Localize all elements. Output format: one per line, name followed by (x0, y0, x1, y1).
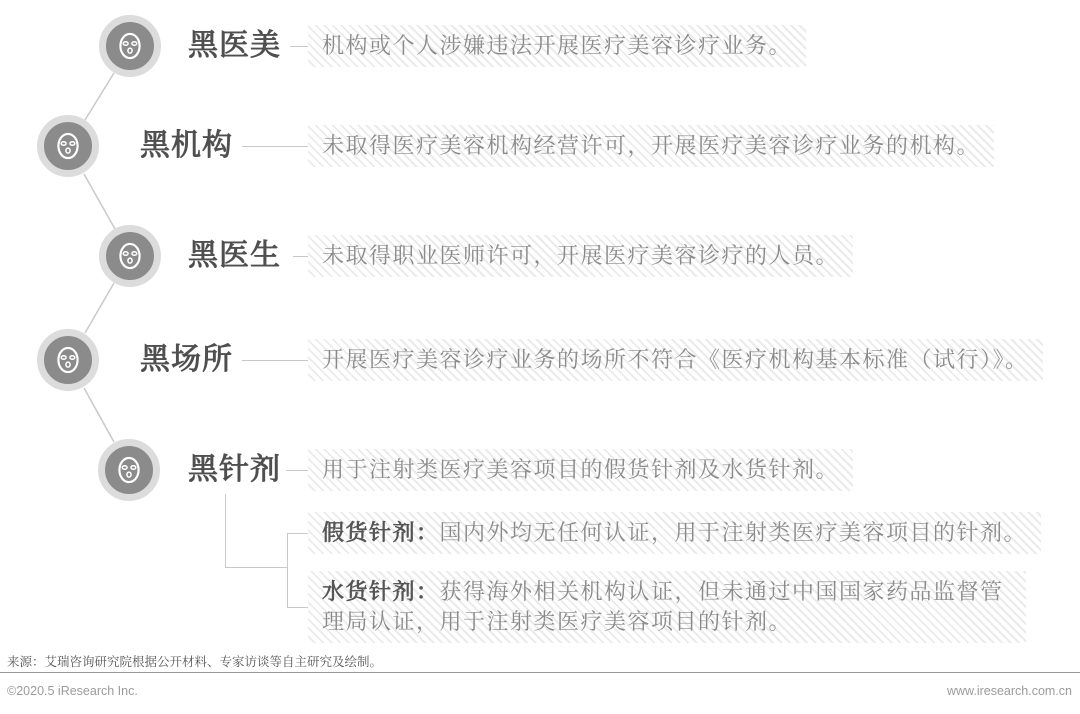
item-1-badge (99, 15, 161, 77)
subitem-1-label: 假货针剂： (322, 520, 440, 545)
footer-divider (0, 672, 1080, 673)
item-4-desc: 开展医疗美容诊疗业务的场所不符合《医疗机构基本标准（试行）》。 (308, 339, 1043, 381)
subitem-2-stub (288, 607, 308, 608)
subitem-2: 水货针剂：获得海外相关机构认证，但未通过中国国家药品监督管理局认证，用于注射类医… (308, 571, 1026, 643)
subitem-1: 假货针剂：国内外均无任何认证，用于注射类医疗美容项目的针剂。 (308, 512, 1041, 554)
item-2-title: 黑机构 (140, 129, 233, 163)
infographic-canvas: 黑医美 机构或个人涉嫌违法开展医疗美容诊疗业务。 黑机构 未取得医疗美容机构经营… (0, 0, 1080, 714)
item-3-title: 黑医生 (188, 239, 281, 273)
item-2-connector (242, 146, 308, 147)
face-mask-icon (48, 340, 88, 380)
item-1-desc: 机构或个人涉嫌违法开展医疗美容诊疗业务。 (308, 25, 806, 67)
item-4-connector (242, 360, 308, 361)
item-3-connector (293, 256, 308, 257)
item-5-badge (98, 439, 160, 501)
copyright-text: ©2020.5 iResearch Inc. (7, 684, 138, 698)
item-2-badge (37, 115, 99, 177)
item-2-desc: 未取得医疗美容机构经营许可，开展医疗美容诊疗业务的机构。 (308, 125, 994, 167)
item-3-badge (99, 225, 161, 287)
item-1-title: 黑医美 (188, 29, 281, 63)
item-5-title: 黑针剂 (188, 453, 281, 487)
item-4-badge (37, 329, 99, 391)
face-mask-icon (109, 450, 149, 490)
subitem-bracket-spine (287, 533, 288, 608)
subitem-bracket-vline (225, 494, 226, 568)
subitem-1-desc: 国内外均无任何认证，用于注射类医疗美容项目的针剂。 (440, 520, 1028, 545)
subitem-bracket-hline (225, 567, 288, 568)
item-1-connector (290, 46, 308, 47)
item-3-desc: 未取得职业医师许可，开展医疗美容诊疗的人员。 (308, 235, 853, 277)
source-note: 来源：艾瑞咨询研究院根据公开材料、专家访谈等自主研究及绘制。 (7, 652, 382, 670)
item-5-connector (286, 470, 308, 471)
item-5-desc: 用于注射类医疗美容项目的假货针剂及水货针剂。 (308, 449, 853, 491)
face-mask-icon (110, 26, 150, 66)
face-mask-icon (110, 236, 150, 276)
subitem-2-label: 水货针剂： (322, 579, 440, 604)
subitem-1-stub (288, 533, 308, 534)
face-mask-icon (48, 126, 88, 166)
website-text: www.iresearch.com.cn (947, 684, 1072, 698)
item-4-title: 黑场所 (140, 343, 233, 377)
